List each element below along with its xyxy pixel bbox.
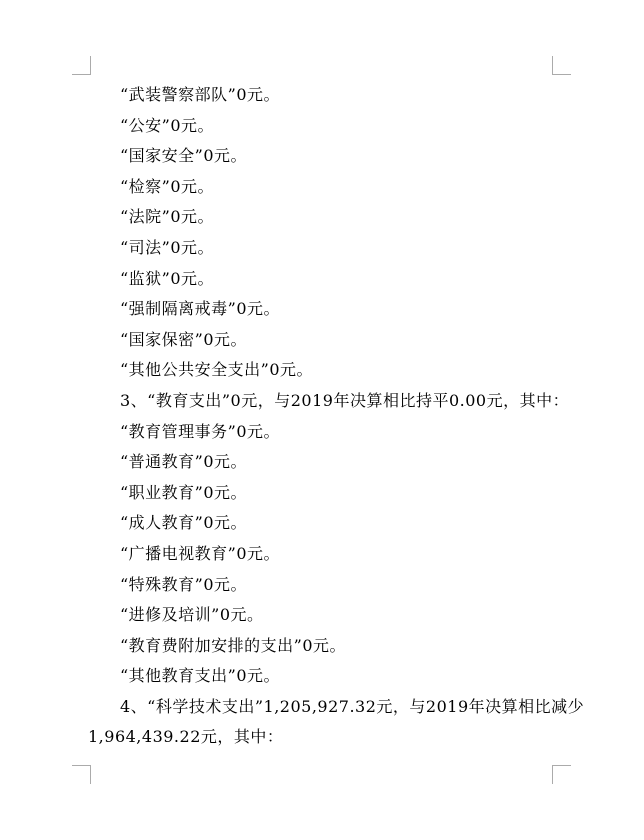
crop-mark-bottom-right-icon: [552, 765, 571, 784]
document-line: “进修及培训”0元。: [88, 600, 554, 631]
document-line: “武装警察部队”0元。: [88, 80, 554, 111]
document-line: “公安”0元。: [88, 111, 554, 142]
document-line: “教育费附加安排的支出”0元。: [88, 631, 554, 662]
document-line: 4、“科学技术支出”1,205,927.32元，与2019年决算相比减少: [88, 692, 554, 723]
document-line: “国家保密”0元。: [88, 325, 554, 356]
document-line: “特殊教育”0元。: [88, 570, 554, 601]
document-line: “广播电视教育”0元。: [88, 539, 554, 570]
document-line: “其他公共安全支出”0元。: [88, 355, 554, 386]
document-line: “检察”0元。: [88, 172, 554, 203]
document-line: “监狱”0元。: [88, 264, 554, 295]
document-line: 1,964,439.22元，其中：: [88, 722, 554, 753]
document-line: “职业教育”0元。: [88, 478, 554, 509]
document-line: “国家安全”0元。: [88, 141, 554, 172]
crop-mark-top-left-icon: [72, 56, 91, 75]
document-line: “强制隔离戒毒”0元。: [88, 294, 554, 325]
crop-mark-top-right-icon: [552, 56, 571, 75]
document-line: “成人教育”0元。: [88, 508, 554, 539]
document-line: “法院”0元。: [88, 202, 554, 233]
document-page: “武装警察部队”0元。 “公安”0元。 “国家安全”0元。 “检察”0元。 “法…: [0, 0, 644, 840]
document-body: “武装警察部队”0元。 “公安”0元。 “国家安全”0元。 “检察”0元。 “法…: [88, 80, 554, 753]
crop-mark-bottom-left-icon: [72, 765, 91, 784]
document-line: “普通教育”0元。: [88, 447, 554, 478]
document-line: “司法”0元。: [88, 233, 554, 264]
document-line: “其他教育支出”0元。: [88, 661, 554, 692]
document-line: “教育管理事务”0元。: [88, 417, 554, 448]
document-line: 3、“教育支出”0元，与2019年决算相比持平0.00元，其中：: [88, 386, 554, 417]
